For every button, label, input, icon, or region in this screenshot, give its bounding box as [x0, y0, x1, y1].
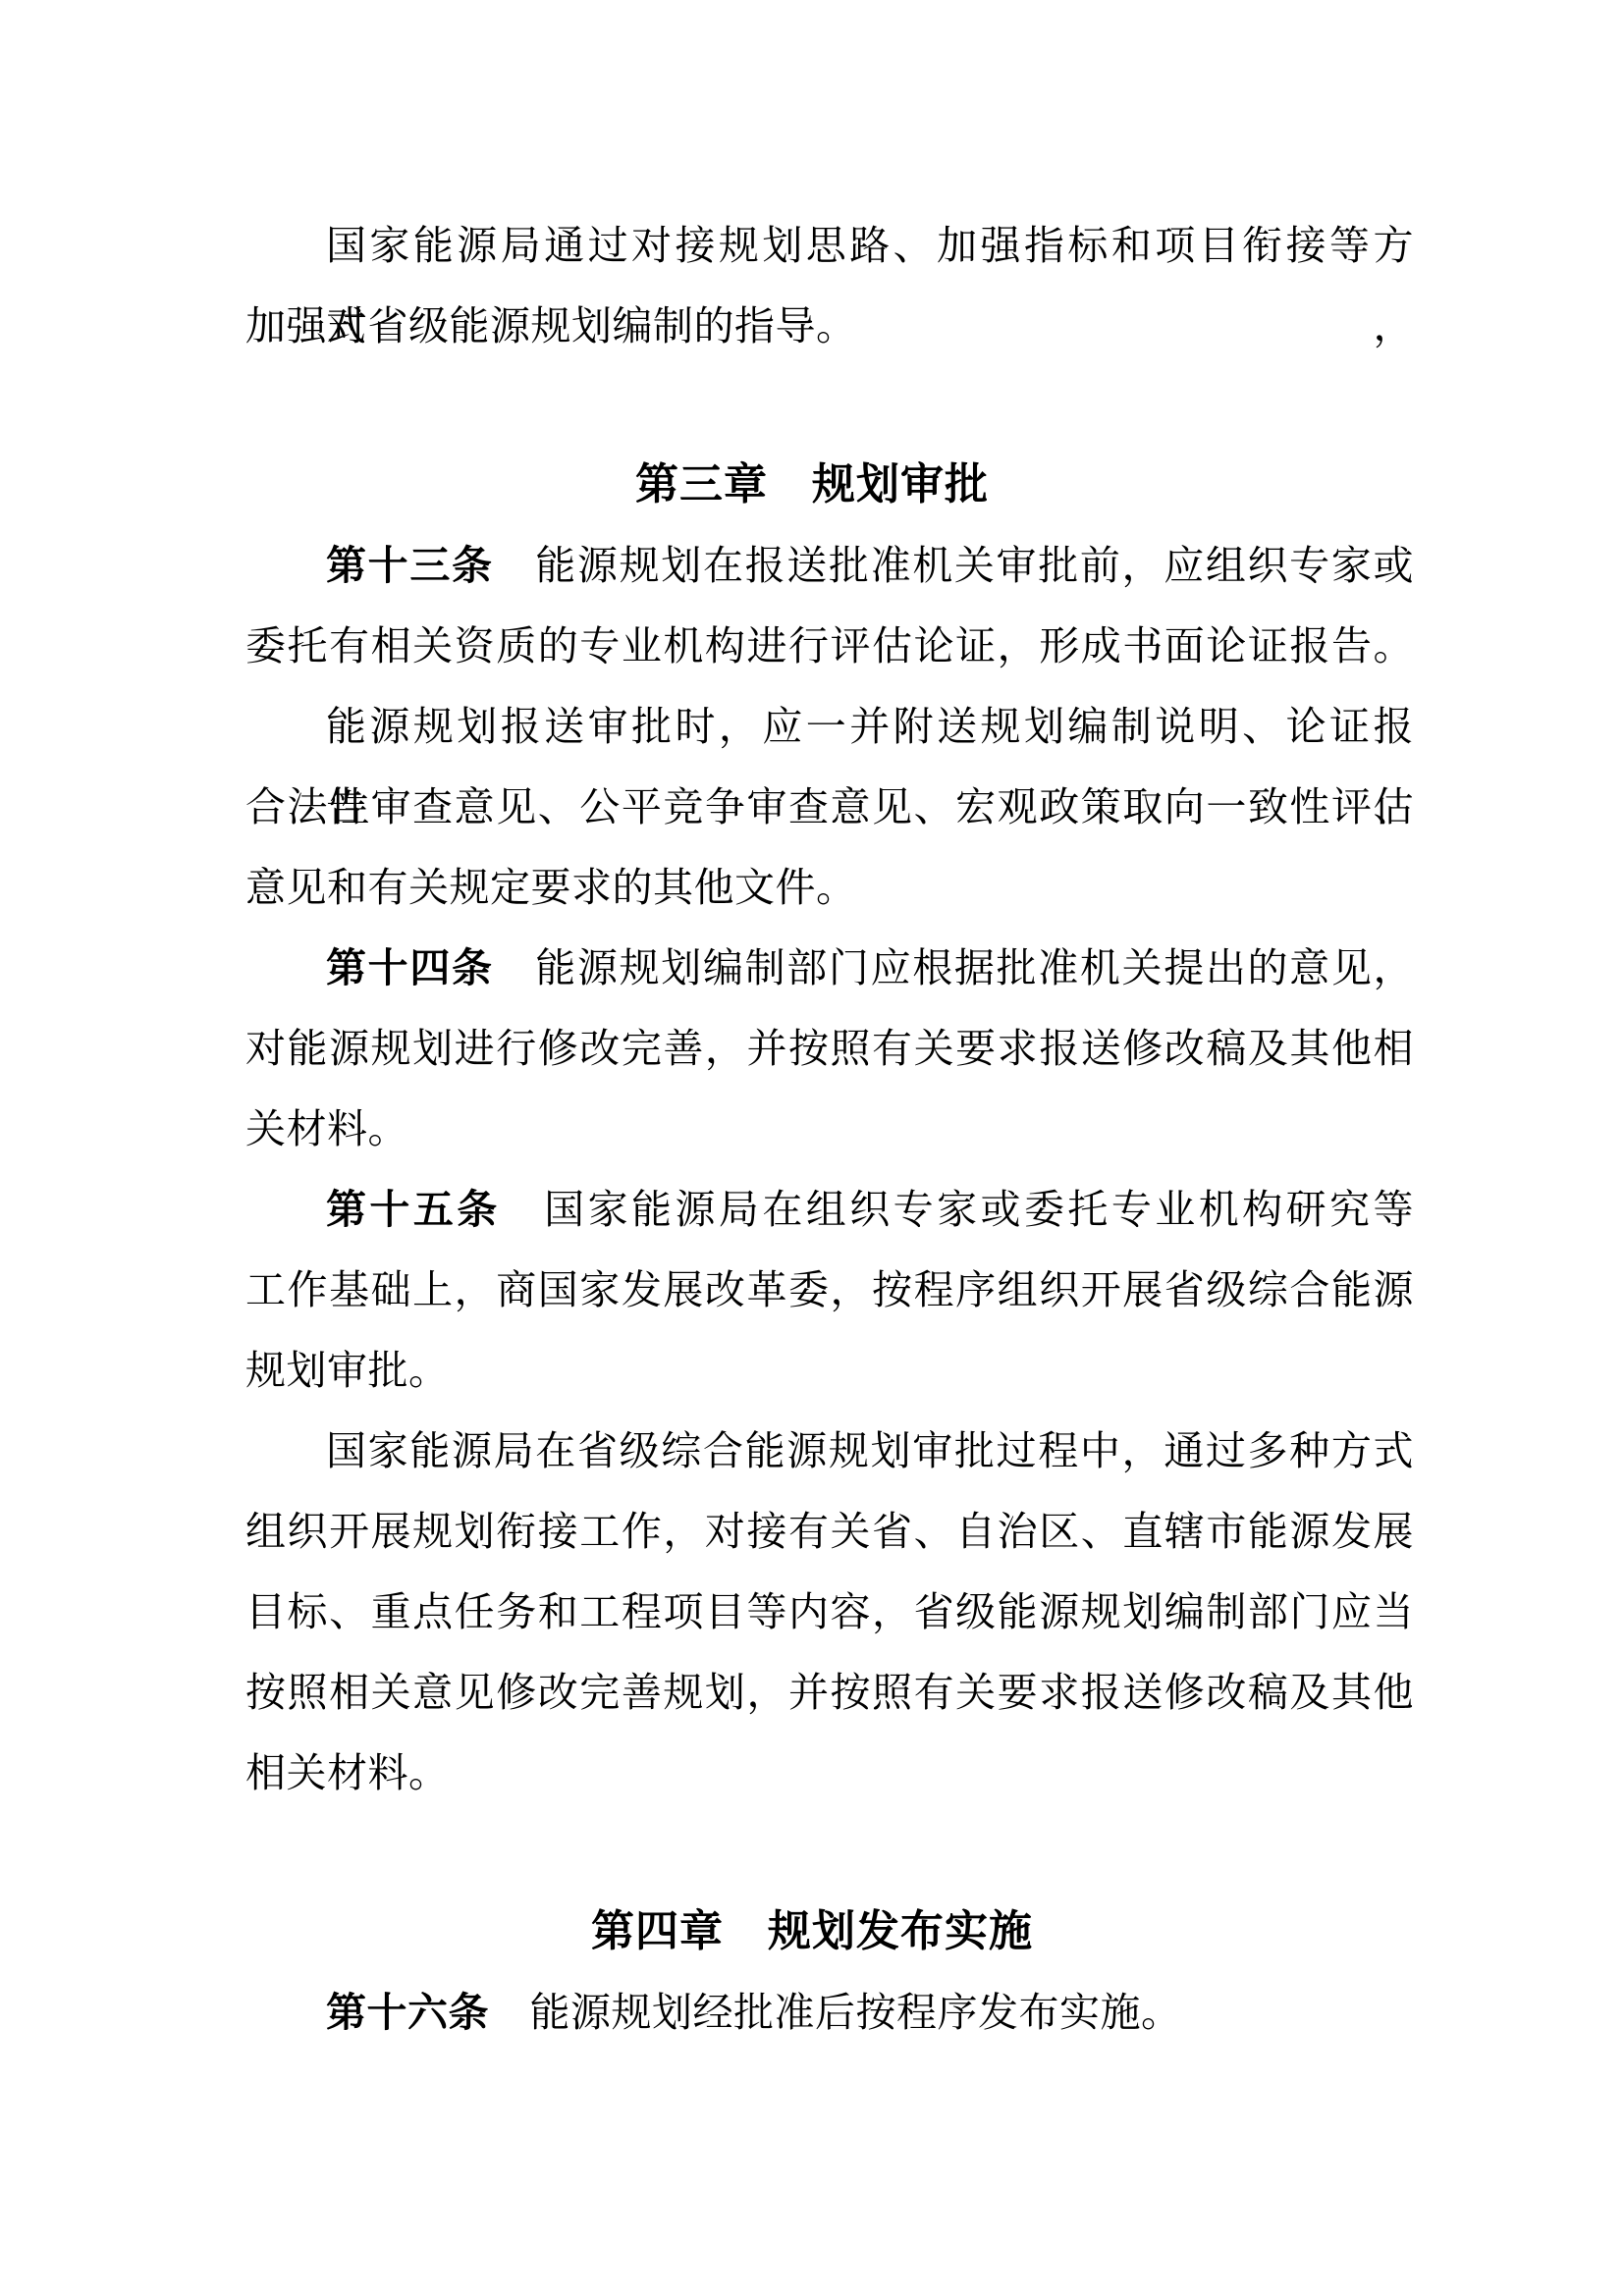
text-line: 规划审批。 — [245, 1330, 1414, 1411]
text-line: 意见和有关规定要求的其他文件。 — [245, 847, 1414, 928]
article-number: 第十五条 — [326, 1187, 501, 1232]
line-text: 加强对省级能源规划编制的指导。 — [245, 303, 857, 348]
line-text: 意见和有关规定要求的其他文件。 — [245, 865, 857, 910]
article-number: 第十四条 — [326, 945, 494, 990]
line-text: 委托有相关资质的专业机构进行评估论证，形成书面论证报告。 — [245, 623, 1414, 668]
text-line: 第十三条 能源规划在报送批准机关审批前，应组织专家或 — [245, 525, 1414, 606]
text-line: 第十五条 国家能源局在组织专家或委托专业机构研究等 — [245, 1169, 1414, 1250]
text-line: 目标、重点任务和工程项目等内容，省级能源规划编制部门应当 — [245, 1572, 1414, 1652]
line-text: 规划审批。 — [245, 1348, 450, 1393]
text-line: 按照相关意见修改完善规划，并按照有关要求报送修改稿及其他 — [245, 1652, 1414, 1733]
line-text: 合法性审查意见、公平竞争审查意见、宏观政策取向一致性评估 — [245, 784, 1414, 829]
text-line: 关材料。 — [245, 1089, 1414, 1169]
line-text: 工作基础上，商国家发展改革委，按程序组织开展省级综合能源 — [245, 1267, 1414, 1312]
text-line: 第十六条 能源规划经批准后按程序发布实施。 — [245, 1972, 1414, 2053]
line-text: 国家能源局在省级综合能源规划审批过程中，通过多种方式 — [326, 1428, 1414, 1473]
text-line: 工作基础上，商国家发展改革委，按程序组织开展省级综合能源 — [245, 1250, 1414, 1330]
text-line: 国家能源局通过对接规划思路、加强指标和项目衔接等方式， — [245, 205, 1414, 286]
document-body: 国家能源局通过对接规划思路、加强指标和项目衔接等方式，加强对省级能源规划编制的指… — [0, 0, 1624, 2053]
article-number: 第十六条 — [326, 1990, 489, 2035]
text-line: 第十四条 能源规划编制部门应根据批准机关提出的意见， — [245, 928, 1414, 1008]
text-line: 国家能源局在省级综合能源规划审批过程中，通过多种方式 — [245, 1411, 1414, 1491]
line-text: 按照相关意见修改完善规划，并按照有关要求报送修改稿及其他 — [245, 1670, 1414, 1715]
line-text: 能源规划在报送批准机关审批前，应组织专家或 — [494, 543, 1414, 588]
line-text: 关材料。 — [245, 1106, 408, 1151]
line-text: 组织开展规划衔接工作，对接有关省、自治区、直辖市能源发展 — [245, 1509, 1414, 1554]
text-line: 对能源规划进行修改完善，并按照有关要求报送修改稿及其他相 — [245, 1008, 1414, 1089]
line-text: 相关材料。 — [245, 1750, 450, 1795]
chapter-heading: 第四章 规划发布实施 — [0, 1892, 1624, 1972]
text-line: 相关材料。 — [245, 1733, 1414, 1813]
text-line: 合法性审查意见、公平竞争审查意见、宏观政策取向一致性评估 — [245, 767, 1414, 847]
article-number: 第十三条 — [326, 543, 494, 588]
text-line: 委托有相关资质的专业机构进行评估论证，形成书面论证报告。 — [245, 606, 1414, 686]
text-line: 组织开展规划衔接工作，对接有关省、自治区、直辖市能源发展 — [245, 1491, 1414, 1572]
line-text: 对能源规划进行修改完善，并按照有关要求报送修改稿及其他相 — [245, 1026, 1414, 1071]
line-text: 能源规划经批准后按程序发布实施。 — [489, 1990, 1182, 2035]
line-text: 国家能源局在组织专家或委托专业机构研究等 — [501, 1187, 1414, 1232]
line-text: 目标、重点任务和工程项目等内容，省级能源规划编制部门应当 — [245, 1589, 1414, 1634]
chapter-heading: 第三章 规划审批 — [0, 445, 1624, 525]
line-text: 能源规划编制部门应根据批准机关提出的意见， — [494, 945, 1414, 990]
document-page: 国家能源局通过对接规划思路、加强指标和项目衔接等方式，加强对省级能源规划编制的指… — [0, 0, 1624, 2296]
text-line: 能源规划报送审批时，应一并附送规划编制说明、论证报告、 — [245, 686, 1414, 767]
